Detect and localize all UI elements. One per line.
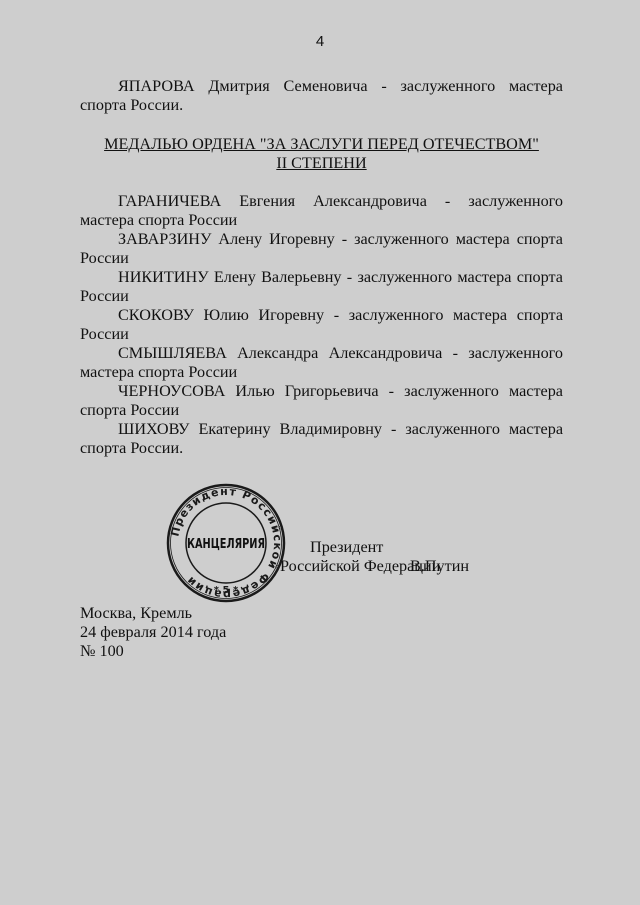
awardee-item: ГАРАНИЧЕВА Евгения Александровича - засл… [80, 192, 563, 230]
signatory-title-line1: Президент [280, 538, 440, 557]
signing-place: Москва, Кремль [80, 604, 226, 623]
awardee-item: СКОКОВУ Юлию Игоревну - заслуженного мас… [80, 306, 563, 344]
awardee-item: СМЫШЛЯЕВА Александра Александровича - за… [80, 344, 563, 382]
signatory-name: В.Путин [410, 557, 469, 576]
award-heading: МЕДАЛЬЮ ОРДЕНА "ЗА ЗАСЛУГИ ПЕРЕД ОТЕЧЕСТ… [80, 135, 563, 173]
stamp-center-text: КАНЦЕЛЯРИЯ [187, 537, 265, 552]
intro-paragraph: ЯПАРОВА Дмитрия Семеновича - заслуженног… [80, 77, 563, 115]
official-seal-stamp: Президент Российской Федерации * 5 * КАН… [166, 483, 286, 603]
award-heading-line1: МЕДАЛЬЮ ОРДЕНА "ЗА ЗАСЛУГИ ПЕРЕД ОТЕЧЕСТ… [80, 135, 563, 154]
awardee-item: ЗАВАРЗИНУ Алену Игоревну - заслуженного … [80, 230, 563, 268]
stamp-bottom-text: * 5 * [214, 585, 239, 596]
award-heading-line2: II СТЕПЕНИ [80, 154, 563, 173]
awardee-item: НИКИТИНУ Елену Валерьевну - заслуженного… [80, 268, 563, 306]
intro-paragraph-block: ЯПАРОВА Дмитрия Семеновича - заслуженног… [80, 77, 563, 115]
signing-date: 24 февраля 2014 года [80, 623, 226, 642]
awardee-item: ЧЕРНОУСОВА Илью Григорьевича - заслуженн… [80, 382, 563, 420]
place-and-date: Москва, Кремль 24 февраля 2014 года № 10… [80, 604, 226, 661]
awardee-item: ШИХОВУ Екатерину Владимировну - заслужен… [80, 420, 563, 458]
page-number: 4 [0, 33, 640, 50]
awardee-list: ГАРАНИЧЕВА Евгения Александровича - засл… [80, 192, 563, 458]
decree-number: № 100 [80, 642, 226, 661]
